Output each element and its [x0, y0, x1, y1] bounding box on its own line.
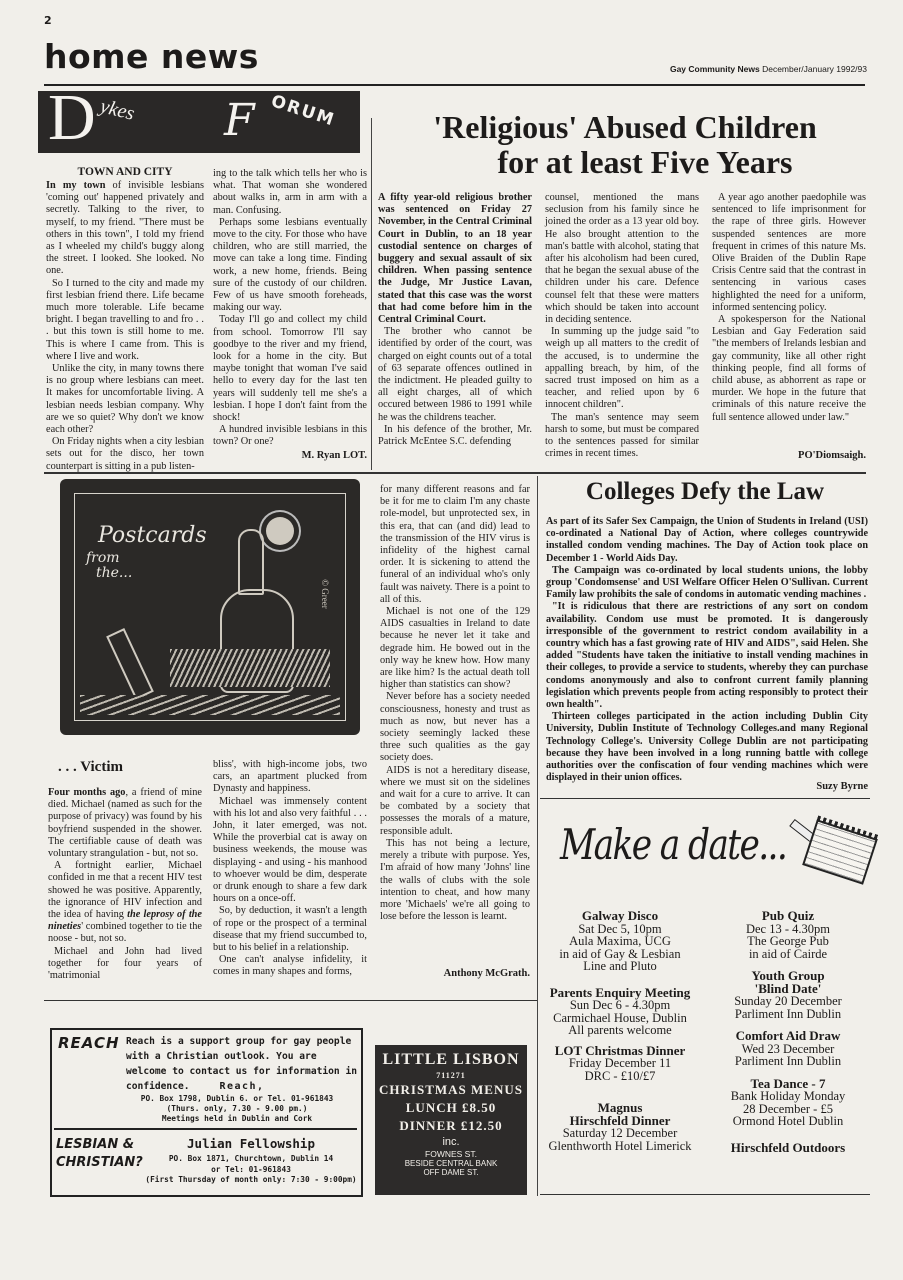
event-parents-enquiry: Parents Enquiry Meeting Sun Dec 6 - 4.30… — [545, 987, 695, 1037]
lisbon-phone: 711271 — [375, 1071, 527, 1080]
reach-logo: REACH — [58, 1034, 120, 1052]
notepad-icon — [802, 819, 878, 884]
religious-col2: counsel, mentioned the mans seclusion fr… — [545, 192, 699, 460]
julian-contact-details: PO. Box 1871, Churchtown, Dublin 14 or T… — [140, 1154, 362, 1186]
publication-name: Gay Community News — [670, 64, 760, 74]
lisbon-street: FOWNES ST. — [375, 1149, 527, 1159]
lisbon-dinner-price: DINNER £12.50 — [375, 1118, 527, 1134]
lisbon-location-2: OFF DAME ST. — [375, 1168, 527, 1177]
religious-col1: A fifty year-old religious brother was s… — [378, 192, 532, 448]
dykes-forum-banner: D ykes F ORUM — [38, 91, 360, 153]
banner-letter-f: F — [224, 95, 255, 146]
lisbon-inc: inc. — [375, 1136, 527, 1148]
lesbian-christian-tagline: LESBIAN & CHRISTIAN? — [56, 1136, 143, 1172]
reach-contact-details: PO. Box 1798, Dublin 6. or Tel. 01-96184… — [112, 1094, 362, 1124]
illustration-subtitle: from the... — [86, 551, 132, 581]
event-lot-christmas-dinner: LOT Christmas Dinner Friday December 11 … — [545, 1045, 695, 1083]
event-pub-quiz: Pub Quiz Dec 13 - 4.30pm The George Pub … — [715, 910, 861, 960]
event-galway-disco: Galway Disco Sat Dec 5, 10pm Aula Maxima… — [545, 910, 695, 973]
little-lisbon-ad: LITTLE LISBON 711271 CHRISTMAS MENUS LUN… — [375, 1045, 527, 1195]
dykes-forum-col1: In my town of invisible lesbians 'coming… — [46, 180, 204, 473]
religious-headline: 'Religious' Abused Children for at least… — [380, 110, 870, 180]
religious-col3: A year ago another paedophile was senten… — [712, 192, 866, 424]
events-right-column: Pub Quiz Dec 13 - 4.30pm The George Pub … — [715, 910, 861, 1154]
illustration-signature: © Greer — [320, 579, 330, 609]
dykes-forum-heading: TOWN AND CITY — [46, 166, 204, 178]
reach-contact-name: Reach, — [126, 1081, 358, 1092]
lisbon-name: LITTLE LISBON — [375, 1051, 527, 1069]
lisbon-lunch-price: LUNCH £8.50 — [375, 1100, 527, 1116]
illustration-title: Postcards — [98, 523, 207, 548]
events-left-column: Galway Disco Sat Dec 5, 10pm Aula Maxima… — [545, 910, 695, 1152]
lower-rule — [44, 1000, 537, 1001]
section-title: home news — [44, 40, 259, 73]
event-tea-dance: Tea Dance - 7 Bank Holiday Monday 28 Dec… — [715, 1078, 861, 1128]
header-rule — [44, 84, 865, 86]
event-comfort-aid-draw: Comfort Aid Draw Wed 23 December Parlime… — [715, 1030, 861, 1068]
lead-bold: In my town — [46, 180, 105, 191]
issue-date: December/January 1992/93 — [762, 64, 867, 74]
lisbon-location-1: BESIDE CENTRAL BANK — [375, 1159, 527, 1168]
lisbon-menus: CHRISTMAS MENUS — [375, 1082, 527, 1098]
sea-waves — [80, 695, 340, 715]
victim-byline: Anthony McGrath. — [380, 968, 530, 979]
banner-orum: ORUM — [269, 91, 338, 130]
religious-byline: PO'Diomsaigh. — [712, 450, 866, 461]
colleges-byline: Suzy Byrne — [546, 781, 868, 792]
make-a-date-title: Make a date... — [560, 820, 786, 869]
colleges-headline: Colleges Defy the Law — [540, 478, 870, 506]
dykes-forum-col2: ing to the talk which tells her who is w… — [213, 168, 367, 449]
colleges-body: As part of its Safer Sex Campaign, the U… — [546, 516, 868, 784]
figure-head-shape — [238, 529, 264, 595]
colleges-rule — [540, 798, 870, 799]
reach-julian-ad: REACH Reach is a support group for gay p… — [50, 1028, 363, 1197]
event-magnus-hirschfeld-dinner: Magnus Hirschfeld Dinner Saturday 12 Dec… — [545, 1102, 695, 1152]
event-hirschfeld-outdoors: Hirschfeld Outdoors — [715, 1142, 861, 1155]
section-rule — [44, 472, 866, 474]
victim-col3: for many different reasons and far be it… — [380, 484, 530, 923]
column-divider-right — [537, 476, 538, 1196]
rock-shape — [170, 649, 330, 687]
victim-col2: bliss', with high-income jobs, two cars,… — [213, 759, 367, 979]
victim-heading: . . . Victim — [58, 759, 123, 776]
postcards-illustration: Postcards from the... © Greer — [60, 479, 360, 735]
dykes-forum-byline: M. Ryan LOT. — [213, 450, 367, 461]
event-youth-group: Youth Group 'Blind Date' Sunday 20 Decem… — [715, 970, 861, 1020]
masthead: Gay Community News December/January 1992… — [670, 64, 867, 74]
column-divider — [371, 118, 372, 470]
events-bottom-rule — [540, 1194, 870, 1195]
julian-fellowship-name: Julian Fellowship — [144, 1136, 358, 1151]
sun-icon — [266, 517, 294, 545]
victim-col1: Four months ago, a friend of mine died. … — [48, 787, 202, 982]
banner-letter-d: D — [48, 91, 96, 151]
ad-divider — [54, 1128, 357, 1130]
banner-ykes: ykes — [98, 95, 137, 126]
page-number: 2 — [44, 14, 52, 27]
